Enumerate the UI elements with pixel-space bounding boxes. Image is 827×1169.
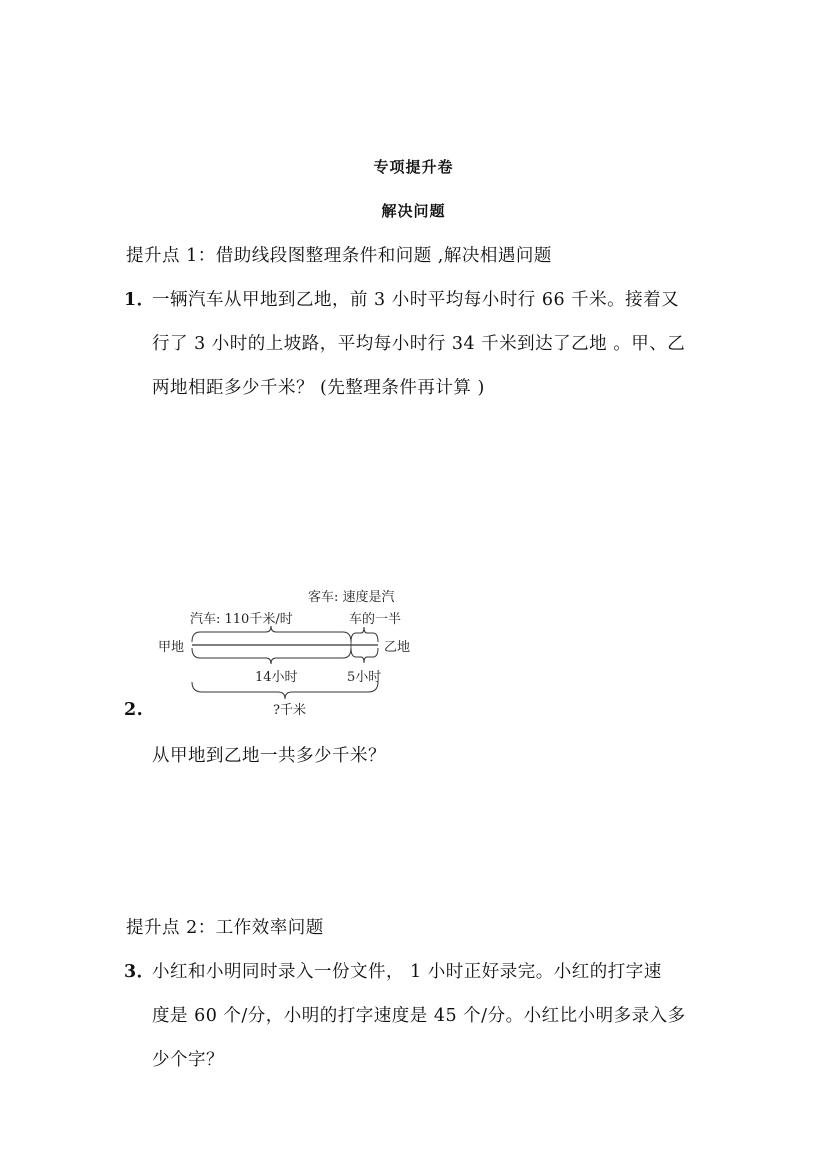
question-line: 行了 3 小时的上坡路，平均每小时行 34 千米到达了乙地 。甲、乙 <box>152 330 685 355</box>
question-line: 两地相距多少千米？ (先整理条件再计算 ) <box>152 374 485 399</box>
label-bus-speed-line2: 车的一半 <box>349 608 401 627</box>
question-line: 小红和小明同时录入一份文件， 1 小时正好录完。小红的打字速 <box>152 958 662 983</box>
document-subtitle: 解决问题 <box>0 200 827 221</box>
question-line: 从甲地到乙地一共多少千米？ <box>152 742 386 767</box>
label-car-time: 14小时 <box>255 666 298 685</box>
label-bus-time: 5小时 <box>347 666 381 685</box>
question-line: 度是 60 个/分，小明的打字速度是 45 个/分。小红比小明多录入多 <box>152 1002 686 1027</box>
label-end-point: 乙地 <box>384 636 410 655</box>
question-number: 1． <box>124 286 155 311</box>
label-total-distance: ?千米 <box>273 699 306 718</box>
label-bus-speed-line1: 客车: 速度是汽 <box>308 586 395 605</box>
question-line: 一辆汽车从甲地到乙地，前 3 小时平均每小时行 66 千米。接着又 <box>152 286 679 311</box>
question-line: 少个字？ <box>152 1046 224 1071</box>
label-car-speed: 汽车: 110千米/时 <box>190 608 293 627</box>
question-number: 2. <box>124 700 143 720</box>
document-title: 专项提升卷 <box>0 156 827 177</box>
line-segment-diagram: 甲地 乙地 汽车: 110千米/时 客车: 速度是汽 车的一半 14小时 5小时… <box>150 578 430 718</box>
question-number: 3． <box>124 958 155 983</box>
section-heading-1: 提升点 1：借助线段图整理条件和问题 ,解决相遇问题 <box>126 242 552 267</box>
section-heading-2: 提升点 2：工作效率问题 <box>126 914 324 939</box>
label-start-point: 甲地 <box>158 636 184 655</box>
